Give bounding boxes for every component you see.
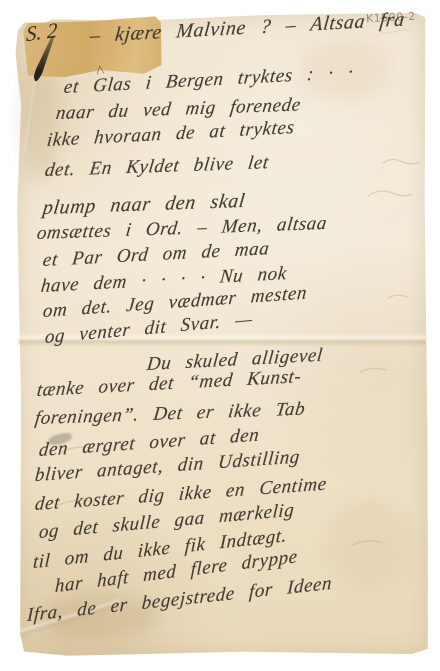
letter-photo: K1500-2 S. 2 ^ – kjære Malvine ? – Altsa… — [0, 0, 440, 671]
page-marker: S. 2 — [26, 18, 58, 48]
